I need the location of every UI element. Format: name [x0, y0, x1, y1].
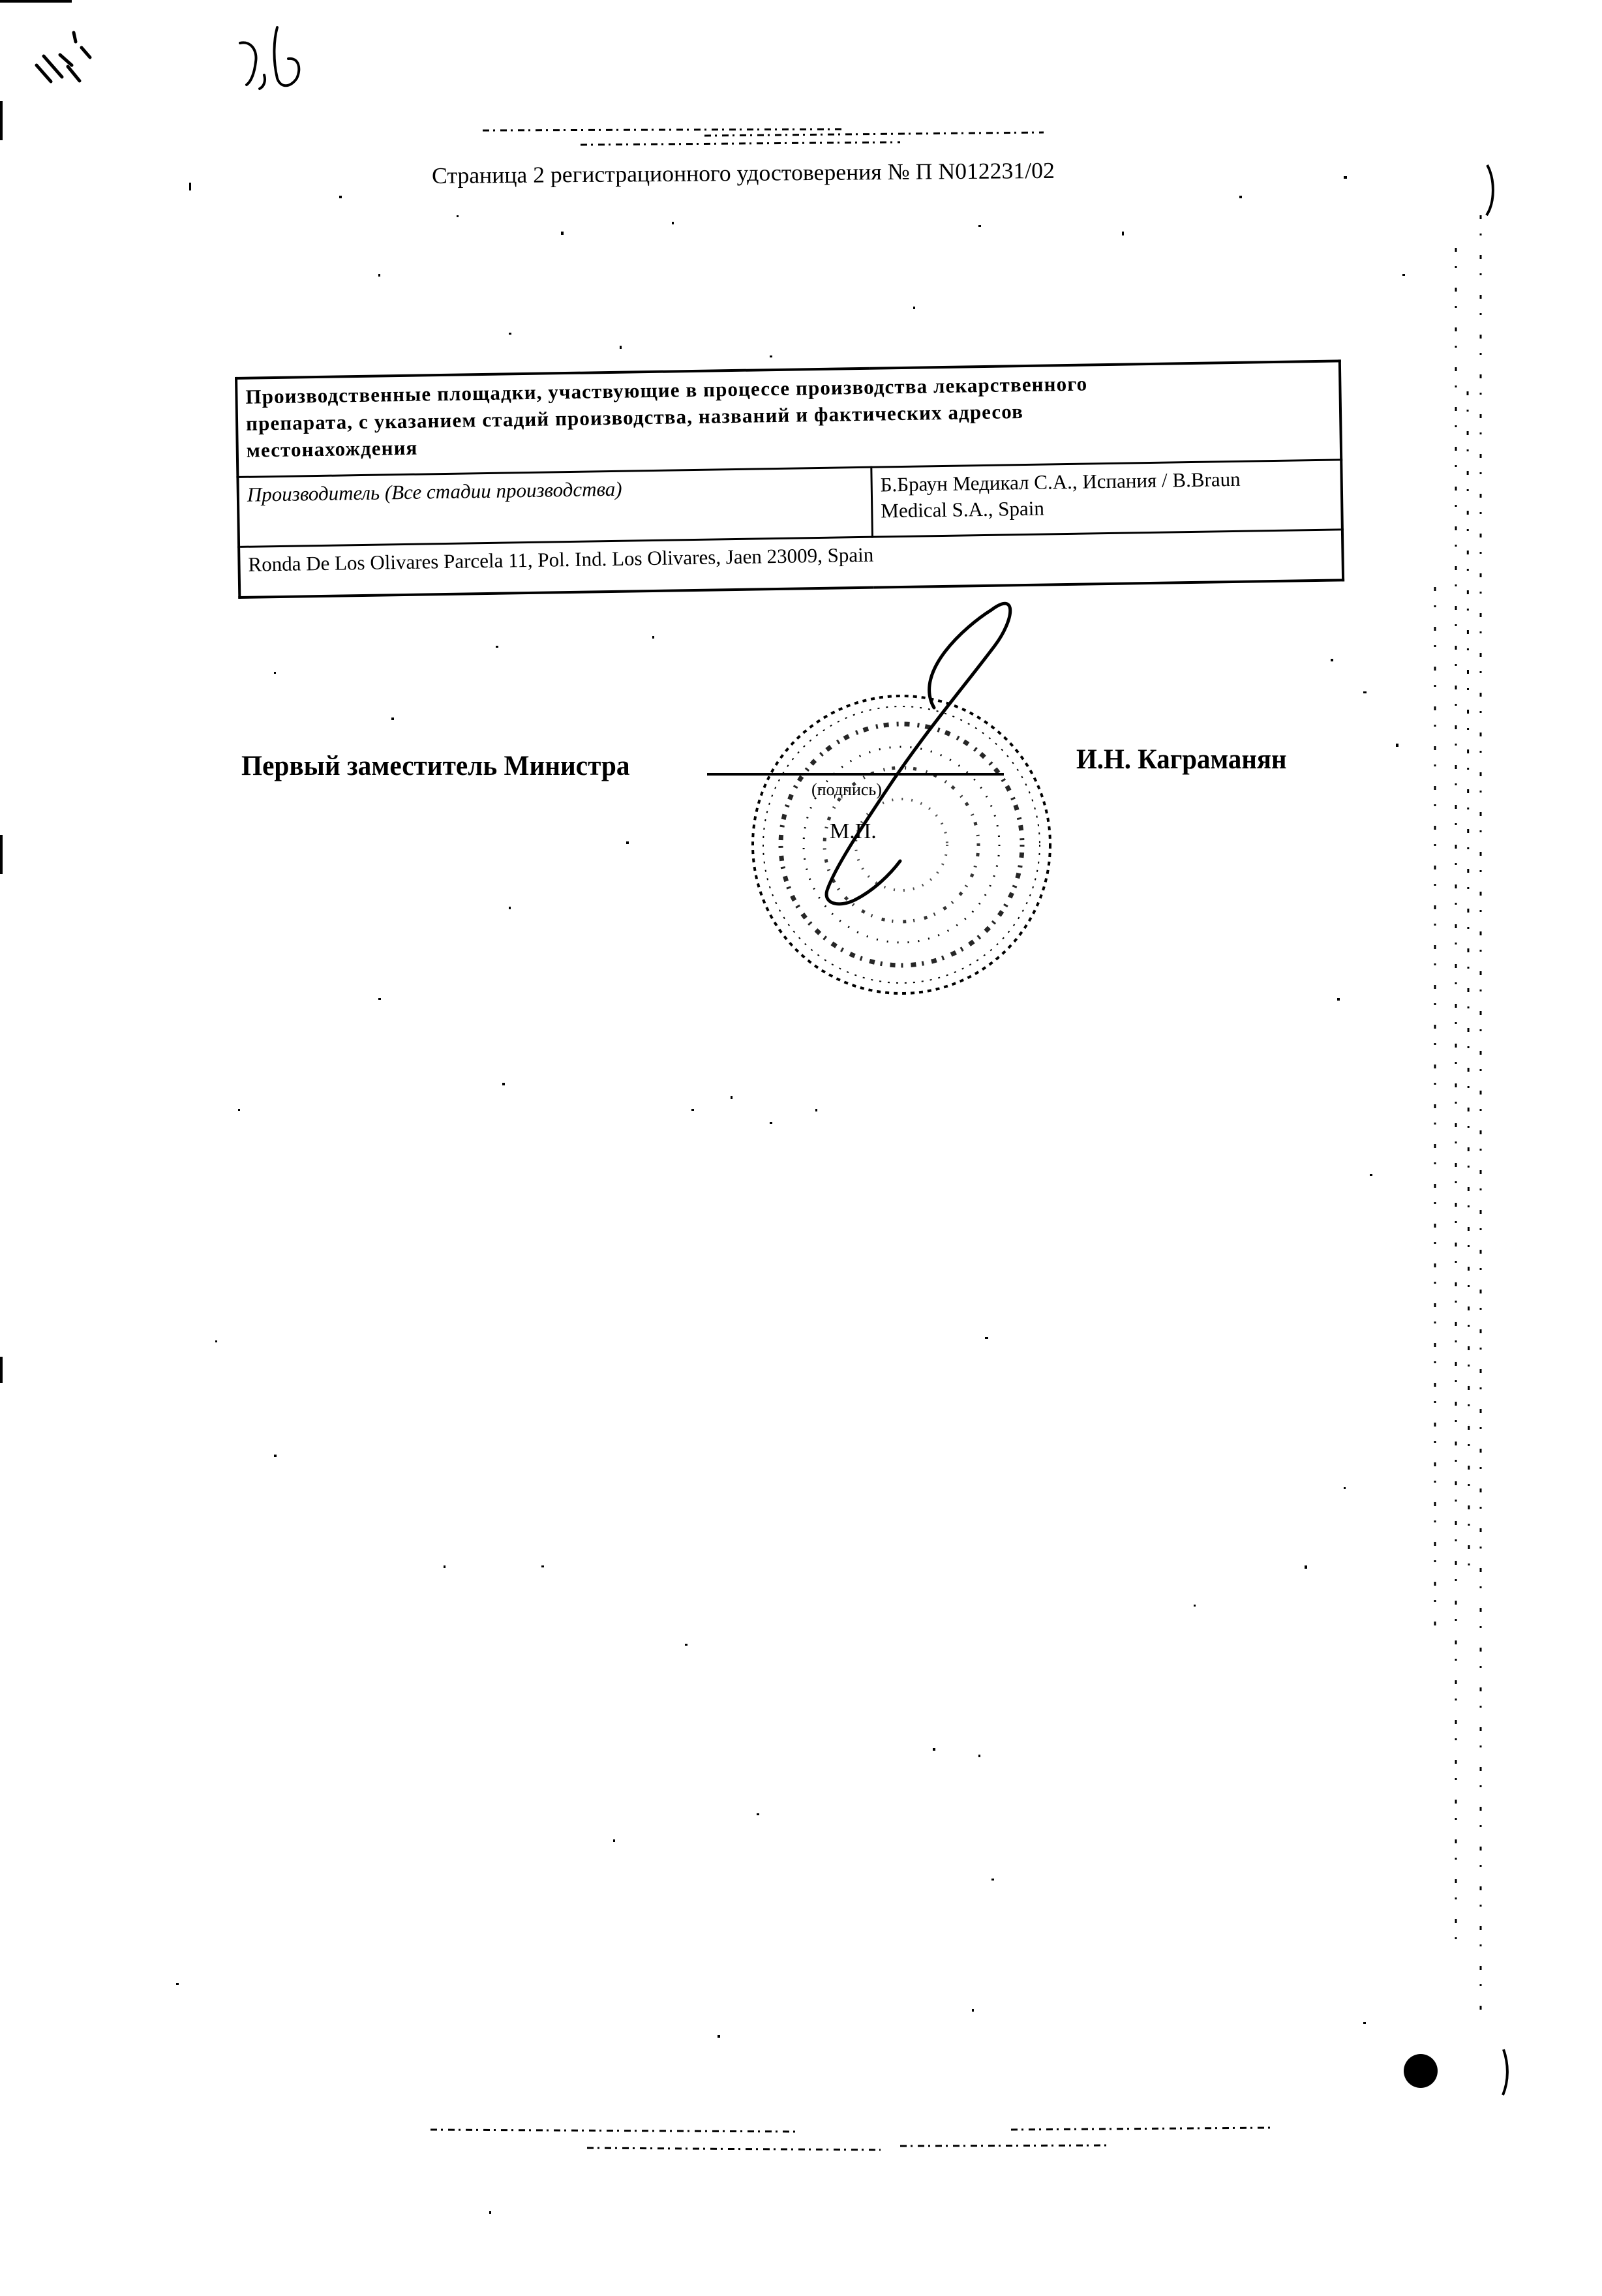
scan-noise	[431, 129, 1272, 2150]
signatory-position: Первый заместитель Министра	[241, 750, 630, 783]
scan-noise	[1435, 215, 1481, 2022]
signature-caption: (подпись)	[811, 780, 882, 800]
scan-dot-icon	[1404, 2054, 1438, 2088]
official-seal-stamp-icon	[753, 696, 1050, 993]
seal-caption: М.П.	[830, 819, 877, 844]
margin-bracket-icon	[1487, 165, 1507, 2095]
scan-noise	[176, 176, 1405, 2214]
scan-artifacts-layer	[0, 0, 1602, 2296]
signatory-name: И.Н. Каграманян	[1076, 744, 1287, 776]
scan-noise	[0, 1, 72, 1383]
signature-line	[707, 773, 1004, 776]
handwritten-page-number-icon	[240, 27, 299, 89]
handwritten-tally-icon	[37, 33, 90, 82]
